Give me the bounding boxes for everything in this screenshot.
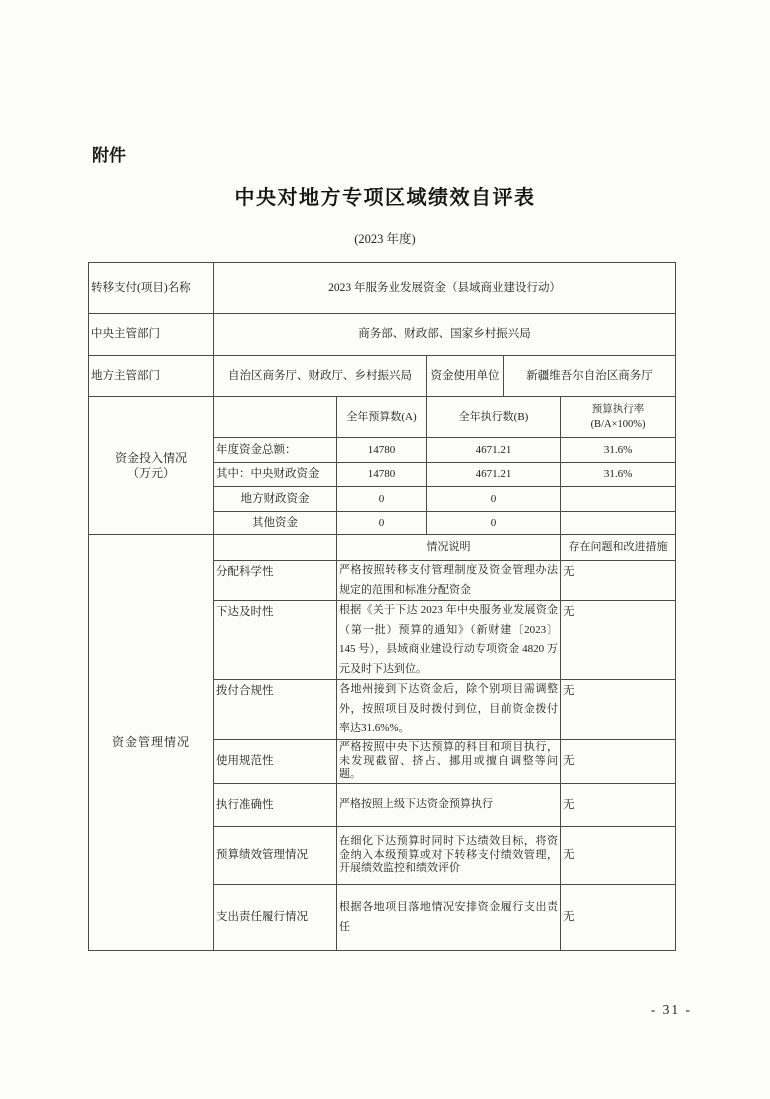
execution-value: 4671.21 — [427, 438, 561, 463]
local-dept-value-cell: 自治区商务厅、财政厅、乡村振兴局 — [214, 356, 427, 397]
transfer-name-label-cell: 转移支付(项目)名称 — [89, 263, 214, 314]
table-row: 转移支付(项目)名称 2023 年服务业发展资金（县域商业建设行动） — [89, 263, 676, 314]
funding-section-label-cell: 资金投入情况 （万元） — [89, 397, 214, 535]
management-row-issue: 无 — [561, 885, 676, 951]
table-row: 中央主管部门 商务部、财政部、国家乡村振兴局 — [89, 314, 676, 356]
fund-user-label-cell: 资金使用单位 — [427, 356, 504, 397]
funding-row-label: 年度资金总额： — [214, 438, 337, 463]
management-row-label: 下达及时性 — [214, 601, 337, 680]
management-row-description: 严格按照转移支付管理制度及资金管理办法规定的范围和标准分配资金 — [337, 561, 561, 601]
scanned-document-page: 附件 中央对地方专项区域绩效自评表 (2023 年度) 转移支付(项目)名称 2… — [0, 0, 770, 1099]
attachment-label: 附件 — [92, 141, 126, 166]
funding-empty-header-cell — [214, 397, 337, 438]
rate-value: 31.6% — [561, 438, 676, 463]
management-row-issue: 无 — [561, 601, 676, 680]
management-empty-header-cell — [214, 535, 337, 561]
management-row-description: 根据各地项目落地情况安排资金履行支出责任 — [337, 885, 561, 951]
management-row-issue: 无 — [561, 561, 676, 601]
transfer-name-value-cell: 2023 年服务业发展资金（县域商业建设行动） — [214, 263, 676, 314]
funding-row-label: 其他资金 — [214, 512, 337, 535]
rate-value: 31.6% — [561, 463, 676, 487]
management-row-issue: 无 — [561, 827, 676, 885]
fund-user-value-cell: 新疆维吾尔自治区商务厅 — [504, 356, 676, 397]
management-row-description: 严格按照上级下达资金预算执行 — [337, 784, 561, 827]
management-row-label: 支出责任履行情况 — [214, 885, 337, 951]
funding-section-label-line1: 资金投入情况 — [115, 451, 187, 465]
budget-value: 0 — [337, 487, 427, 512]
management-row-description: 严格按照中央下达预算的科目和项目执行，未发现截留、挤占、挪用或擅自调整等问题。 — [337, 740, 561, 784]
budget-value: 14780 — [337, 438, 427, 463]
col-description-header-cell: 情况说明 — [337, 535, 561, 561]
management-row-label: 分配科学性 — [214, 561, 337, 601]
management-row-label: 拨付合规性 — [214, 680, 337, 740]
budget-value: 14780 — [337, 463, 427, 487]
management-row-label: 使用规范性 — [214, 740, 337, 784]
central-dept-label-cell: 中央主管部门 — [89, 314, 214, 356]
management-section-label-cell: 资金管理情况 — [89, 535, 214, 951]
date-subtitle: (2023 年度) — [0, 229, 770, 247]
execution-value: 0 — [427, 487, 561, 512]
col-issues-header-cell: 存在问题和改进措施 — [561, 535, 676, 561]
management-row-description: 各地州接到下达资金后，除个别项目需调整外，按照项目及时拨付到位，目前资金拨付率达… — [337, 680, 561, 740]
col-execution-header-cell: 全年执行数(B) — [427, 397, 561, 438]
rate-value — [561, 487, 676, 512]
col-rate-header-line2: (B/A×100%) — [591, 419, 646, 430]
funding-section-label-line2: （万元） — [127, 466, 175, 480]
table-row: 地方主管部门 自治区商务厅、财政厅、乡村振兴局 资金使用单位 新疆维吾尔自治区商… — [89, 356, 676, 397]
funding-row-label: 地方财政资金 — [214, 487, 337, 512]
page-title: 中央对地方专项区域绩效自评表 — [0, 181, 770, 210]
management-row-issue: 无 — [561, 784, 676, 827]
execution-value: 4671.21 — [427, 463, 561, 487]
management-row-label: 预算绩效管理情况 — [214, 827, 337, 885]
col-rate-header-cell: 预算执行率 (B/A×100%) — [561, 397, 676, 438]
self-evaluation-table: 转移支付(项目)名称 2023 年服务业发展资金（县域商业建设行动） 中央主管部… — [88, 262, 676, 951]
central-dept-value-cell: 商务部、财政部、国家乡村振兴局 — [214, 314, 676, 356]
page-number: - 31 - — [651, 1002, 692, 1018]
management-row-issue: 无 — [561, 680, 676, 740]
funding-header-row: 资金投入情况 （万元） 全年预算数(A) 全年执行数(B) 预算执行率 (B/A… — [89, 397, 676, 438]
col-budget-header-cell: 全年预算数(A) — [337, 397, 427, 438]
management-row-description: 在细化下达预算时同时下达绩效目标，将资金纳入本级预算或对下转移支付绩效管理，开展… — [337, 827, 561, 885]
rate-value — [561, 512, 676, 535]
col-rate-header-line1: 预算执行率 — [592, 404, 645, 415]
management-header-row: 资金管理情况 情况说明 存在问题和改进措施 — [89, 535, 676, 561]
management-row-issue: 无 — [561, 740, 676, 784]
management-row-description: 根据《关于下达 2023 年中央服务业发展资金（第一批）预算的通知》（新财建〔2… — [337, 601, 561, 680]
execution-value: 0 — [427, 512, 561, 535]
management-row-label: 执行准确性 — [214, 784, 337, 827]
local-dept-label-cell: 地方主管部门 — [89, 356, 214, 397]
funding-row-label: 其中：中央财政资金 — [214, 463, 337, 487]
budget-value: 0 — [337, 512, 427, 535]
